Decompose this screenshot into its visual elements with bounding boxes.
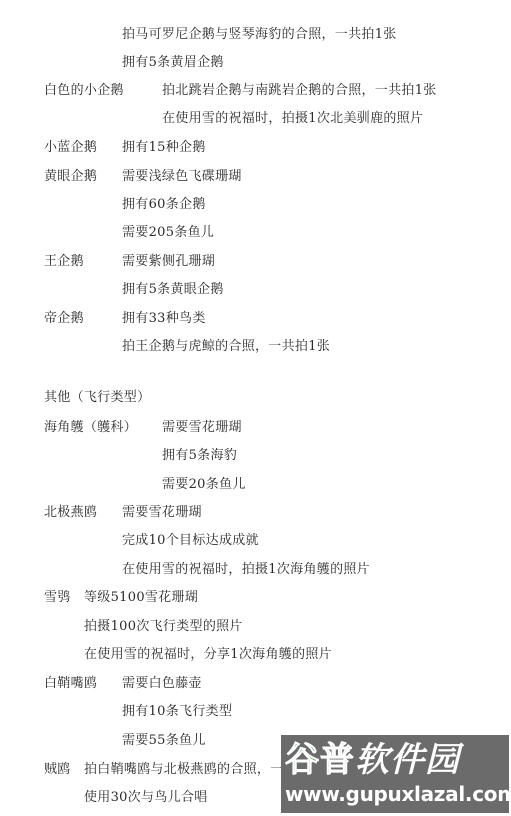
requirement-text: 需要白色藤壶: [122, 676, 202, 692]
requirement-text: 拥有5条海豹: [162, 448, 237, 464]
requirement-text: 拍摄100次飞行类型的照片: [84, 619, 243, 635]
watermark-url: www.gupuxlazal.com: [285, 781, 505, 807]
watermark-brand-white: 软件园: [355, 740, 460, 780]
section-heading: 其他（飞行类型）: [44, 390, 150, 406]
species-label: 雪鸮: [44, 590, 71, 606]
requirement-text: 使用30次与鸟儿合唱: [84, 790, 208, 806]
requirement-text: 拍北跳岩企鹅与南跳岩企鹅的合照，一共拍1张: [162, 83, 437, 99]
species-label: 白色的小企鹅: [44, 83, 124, 99]
species-label: 贼鸥: [44, 762, 71, 778]
requirement-text: 需要205条鱼儿: [122, 225, 214, 241]
requirement-text: 拥有5条黄眉企鹅: [122, 55, 224, 71]
requirement-text: 在使用雪的祝福时，拍摄1次北美驯鹿的照片: [162, 111, 423, 127]
requirement-text: 完成10个目标达成成就: [122, 533, 259, 549]
species-label: 王企鹅: [44, 254, 84, 270]
requirement-text: 需要雪花珊瑚: [162, 420, 242, 436]
requirement-text: 在使用雪的祝福时，拍摄1次海角鹱的照片: [122, 562, 370, 578]
species-label: 黄眼企鹅: [44, 169, 97, 185]
requirement-text: 需要雪花珊瑚: [122, 505, 202, 521]
watermark-brand: 谷普软件园: [285, 739, 505, 781]
species-label: 小蓝企鹅: [44, 140, 97, 156]
requirement-text: 在使用雪的祝福时，分享1次海角鹱的照片: [84, 647, 332, 663]
watermark: 谷普软件园 www.gupuxlazal.com: [281, 735, 509, 813]
species-label: 海角鹱（鹱科）: [44, 420, 137, 436]
requirement-text: 需要55条鱼儿: [122, 733, 206, 749]
requirement-text: 拍马可罗尼企鹅与竖琴海豹的合照，一共拍1张: [122, 27, 397, 43]
species-label: 白鞘嘴鸥: [44, 676, 97, 692]
watermark-brand-green: 谷普: [285, 740, 355, 780]
requirement-text: 拥有15种企鹅: [122, 140, 206, 156]
requirement-text: 等级5100雪花珊瑚: [84, 590, 198, 606]
species-label: 北极燕鸥: [44, 505, 97, 521]
requirement-text: 拥有10条飞行类型: [122, 704, 232, 720]
requirement-text: 拥有33种鸟类: [122, 311, 206, 327]
species-label: 帝企鹅: [44, 311, 84, 327]
requirement-text: 需要浅绿色飞碟珊瑚: [122, 169, 242, 185]
requirement-text: 需要20条鱼儿: [162, 477, 246, 493]
requirement-text: 需要紫侧孔珊瑚: [122, 254, 215, 270]
requirement-text: 拥有5条黄眼企鹅: [122, 282, 224, 298]
requirement-text: 拥有60条企鹅: [122, 197, 206, 213]
requirement-text: 拍王企鹅与虎鲸的合照，一共拍1张: [122, 339, 330, 355]
